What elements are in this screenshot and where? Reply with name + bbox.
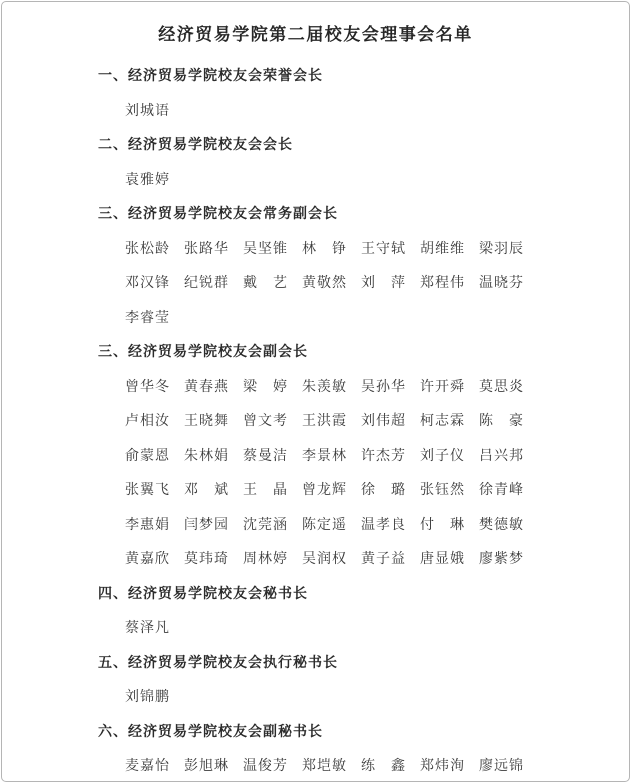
- person-name: 袁雅婷: [125, 163, 170, 198]
- person-name: 麦嘉怡: [125, 749, 170, 783]
- person-name: 林 铮: [302, 232, 347, 267]
- person-name: 张路华: [184, 232, 229, 267]
- person-name: 曾龙辉: [302, 473, 347, 508]
- person-name: 樊德敏: [479, 508, 524, 543]
- person-name: 徐青峰: [479, 473, 524, 508]
- person-name: 刘伟超: [361, 404, 406, 439]
- person-name: 邓汉锋: [125, 266, 170, 301]
- name-row: 俞蒙恩朱林娟蔡曼洁李景林许杰芳刘子仪吕兴邦: [125, 439, 629, 474]
- name-row: 李睿莹: [125, 301, 629, 336]
- sections-container: 一、经济贸易学院校友会荣誉会长刘城语二、经济贸易学院校友会会长袁雅婷三、经济贸易…: [2, 59, 629, 783]
- name-row: 麦嘉怡彭旭琳温俊芳郑垲敏练 鑫郑炜洵廖远锦: [125, 749, 629, 783]
- name-row: 刘城语: [125, 94, 629, 129]
- person-name: 王洪霞: [302, 404, 347, 439]
- person-name: 梁羽辰: [479, 232, 524, 267]
- person-name: 许杰芳: [361, 439, 406, 474]
- name-row: 袁雅婷: [125, 163, 629, 198]
- person-name: 付 琳: [420, 508, 465, 543]
- person-name: 温孝良: [361, 508, 406, 543]
- person-name: 胡维维: [420, 232, 465, 267]
- person-name: 吴坚锥: [243, 232, 288, 267]
- section: 二、经济贸易学院校友会会长袁雅婷: [2, 128, 629, 197]
- name-row: 李惠娟闫梦园沈莞涵陈定遥温孝良付 琳樊德敏: [125, 508, 629, 543]
- person-name: 曾文考: [243, 404, 288, 439]
- name-row: 刘锦鹏: [125, 680, 629, 715]
- person-name: 李惠娟: [125, 508, 170, 543]
- person-name: 郑垲敏: [302, 749, 347, 783]
- person-name: 廖紫梦: [479, 542, 524, 577]
- section-heading: 三、经济贸易学院校友会副会长: [98, 335, 629, 370]
- person-name: 吴孙华: [361, 370, 406, 405]
- person-name: 闫梦园: [184, 508, 229, 543]
- person-name: 张松龄: [125, 232, 170, 267]
- person-name: 吴润权: [302, 542, 347, 577]
- person-name: 莫玮琦: [184, 542, 229, 577]
- section: 三、经济贸易学院校友会副会长曾华冬黄春燕梁 婷朱羡敏吴孙华许开舜莫思炎卢相汝王晓…: [2, 335, 629, 577]
- person-name: 曾华冬: [125, 370, 170, 405]
- person-name: 温晓芬: [479, 266, 524, 301]
- section: 一、经济贸易学院校友会荣誉会长刘城语: [2, 59, 629, 128]
- person-name: 黄子益: [361, 542, 406, 577]
- person-name: 李睿莹: [125, 301, 170, 336]
- section-heading: 三、经济贸易学院校友会常务副会长: [98, 197, 629, 232]
- name-row: 邓汉锋纪锐群戴 艺黄敬然刘 萍郑程伟温晓芬: [125, 266, 629, 301]
- person-name: 蔡曼洁: [243, 439, 288, 474]
- section-heading: 六、经济贸易学院校友会副秘书长: [98, 715, 629, 750]
- name-row: 张翼飞邓 斌王 晶曾龙辉徐 璐张钰然徐青峰: [125, 473, 629, 508]
- name-row: 卢相汝王晓舞曾文考王洪霞刘伟超柯志霖陈 豪: [125, 404, 629, 439]
- person-name: 蔡泽凡: [125, 611, 170, 646]
- person-name: 廖远锦: [479, 749, 524, 783]
- name-row: 张松龄张路华吴坚锥林 铮王守轼胡维维梁羽辰: [125, 232, 629, 267]
- section: 三、经济贸易学院校友会常务副会长张松龄张路华吴坚锥林 铮王守轼胡维维梁羽辰邓汉锋…: [2, 197, 629, 335]
- section-heading: 四、经济贸易学院校友会秘书长: [98, 577, 629, 612]
- person-name: 邓 斌: [184, 473, 229, 508]
- person-name: 吕兴邦: [479, 439, 524, 474]
- person-name: 郑炜洵: [420, 749, 465, 783]
- person-name: 戴 艺: [243, 266, 288, 301]
- name-row: 蔡泽凡: [125, 611, 629, 646]
- person-name: 周林婷: [243, 542, 288, 577]
- person-name: 彭旭琳: [184, 749, 229, 783]
- section-heading: 五、经济贸易学院校友会执行秘书长: [98, 646, 629, 681]
- person-name: 黄嘉欣: [125, 542, 170, 577]
- person-name: 纪锐群: [184, 266, 229, 301]
- person-name: 卢相汝: [125, 404, 170, 439]
- person-name: 陈定遥: [302, 508, 347, 543]
- person-name: 张钰然: [420, 473, 465, 508]
- document-page: 经济贸易学院第二届校友会理事会名单 一、经济贸易学院校友会荣誉会长刘城语二、经济…: [1, 1, 630, 782]
- person-name: 刘 萍: [361, 266, 406, 301]
- person-name: 刘子仪: [420, 439, 465, 474]
- person-name: 许开舜: [420, 370, 465, 405]
- person-name: 莫思炎: [479, 370, 524, 405]
- person-name: 刘锦鹏: [125, 680, 170, 715]
- name-row: 曾华冬黄春燕梁 婷朱羡敏吴孙华许开舜莫思炎: [125, 370, 629, 405]
- person-name: 刘城语: [125, 94, 170, 129]
- document-body: 经济贸易学院第二届校友会理事会名单 一、经济贸易学院校友会荣誉会长刘城语二、经济…: [2, 2, 629, 783]
- section-heading: 一、经济贸易学院校友会荣誉会长: [98, 59, 629, 94]
- person-name: 王晓舞: [184, 404, 229, 439]
- person-name: 朱羡敏: [302, 370, 347, 405]
- person-name: 沈莞涵: [243, 508, 288, 543]
- person-name: 徐 璐: [361, 473, 406, 508]
- document-title: 经济贸易学院第二届校友会理事会名单: [2, 23, 629, 47]
- person-name: 黄春燕: [184, 370, 229, 405]
- person-name: 李景林: [302, 439, 347, 474]
- person-name: 练 鑫: [361, 749, 406, 783]
- person-name: 温俊芳: [243, 749, 288, 783]
- person-name: 梁 婷: [243, 370, 288, 405]
- person-name: 朱林娟: [184, 439, 229, 474]
- person-name: 郑程伟: [420, 266, 465, 301]
- section: 四、经济贸易学院校友会秘书长蔡泽凡: [2, 577, 629, 646]
- person-name: 俞蒙恩: [125, 439, 170, 474]
- person-name: 张翼飞: [125, 473, 170, 508]
- section-heading: 二、经济贸易学院校友会会长: [98, 128, 629, 163]
- person-name: 陈 豪: [479, 404, 524, 439]
- person-name: 唐显娥: [420, 542, 465, 577]
- person-name: 王守轼: [361, 232, 406, 267]
- person-name: 黄敬然: [302, 266, 347, 301]
- person-name: 柯志霖: [420, 404, 465, 439]
- section: 五、经济贸易学院校友会执行秘书长刘锦鹏: [2, 646, 629, 715]
- person-name: 王 晶: [243, 473, 288, 508]
- name-row: 黄嘉欣莫玮琦周林婷吴润权黄子益唐显娥廖紫梦: [125, 542, 629, 577]
- section: 六、经济贸易学院校友会副秘书长麦嘉怡彭旭琳温俊芳郑垲敏练 鑫郑炜洵廖远锦: [2, 715, 629, 784]
